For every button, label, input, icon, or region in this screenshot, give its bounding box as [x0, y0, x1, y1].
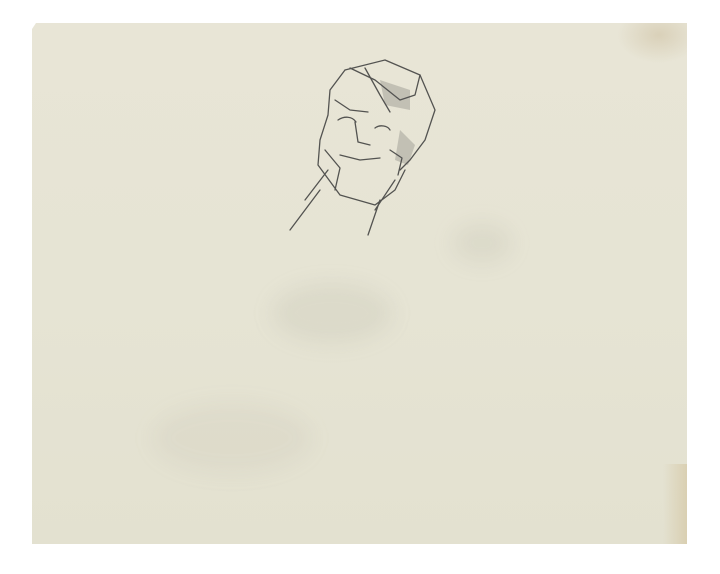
smudge: [152, 403, 312, 473]
smudge: [272, 283, 392, 343]
portrait-sketch: [280, 50, 480, 250]
foxing-stain: [617, 23, 687, 63]
edge-discoloration: [663, 464, 687, 544]
